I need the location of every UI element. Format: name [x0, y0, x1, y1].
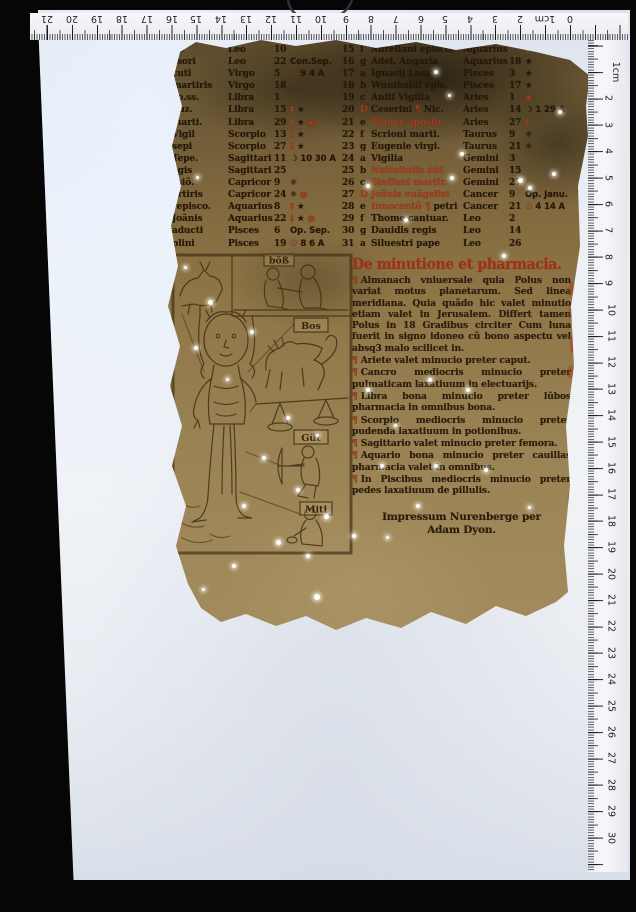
photo-scene: neLeo1015fAureliani episco.Aquarius‡ ★ss…: [0, 0, 636, 912]
calendar-row: marti.Libra29‡ ★ ◉21eThome aposto.Aries2…: [172, 117, 574, 129]
right-ruler-number: 18: [606, 515, 617, 527]
top-ruler-number: 20: [66, 13, 78, 24]
goat-figure: [180, 262, 222, 316]
right-ruler-number: 13: [606, 383, 617, 395]
paragraph: ¶Almanach vniuersale quia Polus non vari…: [352, 275, 571, 354]
damage-spot: [528, 506, 531, 509]
calendar-row: co.ss.Libra119cAniti VigiliaAries1◉: [172, 92, 574, 104]
right-ruler-number: 16: [606, 462, 617, 474]
right-ruler-number: 15: [606, 436, 617, 448]
calendar-row: artirisCapricor24✳ ◉27DJoãnis euãgelistC…: [172, 189, 574, 201]
damage-spot: [196, 176, 199, 179]
damage-spot: [316, 434, 319, 437]
damage-spot: [232, 564, 236, 568]
paragraph: ¶Ariete valet minucio preter caput.: [352, 355, 571, 366]
damage-spot: [226, 378, 229, 381]
red-bleed-mark: [568, 366, 573, 378]
right-ruler-number: 7: [603, 227, 614, 233]
right-ruler: 1cm2345678910111213141516171819202122232…: [588, 40, 628, 872]
right-ruler-ticks: [588, 40, 628, 872]
calendar-row: VigilScorpio13‡ ★22fScrioni marti.Taurus…: [172, 129, 574, 141]
right-ruler-number: 19: [606, 541, 617, 553]
right-ruler-number: 11: [606, 330, 617, 342]
calendar-row: cutiVirgo5☉ 9 4 A17aIgnacij LasariPisces…: [172, 68, 574, 80]
top-ruler-number: 11: [290, 13, 302, 24]
paragraph-list: ¶Almanach vniuersale quia Polus non vari…: [352, 275, 571, 497]
damage-spot: [518, 178, 523, 183]
right-ruler-number: 2: [603, 95, 614, 101]
top-ruler-number: 16: [165, 13, 177, 24]
top-ruler-number: 12: [265, 13, 277, 24]
damage-spot: [366, 388, 370, 392]
damage-spot: [528, 186, 532, 190]
right-ruler-number: 26: [606, 726, 617, 738]
damage-spot: [202, 588, 205, 591]
right-ruler-number: 8: [603, 254, 614, 260]
top-ruler-number: 15: [190, 13, 202, 24]
damage-spot: [194, 346, 198, 350]
top-ruler-number: 14: [215, 13, 227, 24]
right-ruler-number: 14: [606, 409, 617, 421]
damage-spot: [314, 594, 320, 600]
calendar-row: sepiScorpio27‡ ★23gEugenie virgi.Taurus2…: [172, 141, 574, 153]
damage-spot: [208, 300, 213, 305]
woodcut-label-gemini: böß: [269, 256, 289, 267]
calendar-row: martirisVirgo1818bWunibaldi epis.Pisces1…: [172, 80, 574, 92]
section-title: De minutione et pharmacia.: [352, 256, 571, 273]
top-ruler-number: 0: [567, 13, 573, 24]
colophon-line-2: Adam Dyon.: [352, 524, 571, 537]
damage-spot: [558, 110, 562, 114]
top-ruler-number: 17: [141, 13, 153, 24]
top-ruler-number: 18: [116, 13, 128, 24]
calendar-table: neLeo1015fAureliani episco.Aquarius‡ ★ss…: [172, 44, 574, 250]
right-ruler-number: 28: [606, 779, 617, 791]
top-ruler: 212019181716151413121110987654321cm0: [30, 13, 628, 40]
right-ruler-number: 12: [606, 356, 617, 368]
calendar-row: aductiPisces6Op. Sep.30gDauidis regisLeo…: [172, 225, 574, 237]
paragraph: ¶Cancro mediocris minucio preter pulmati…: [352, 367, 571, 390]
paragraph: ¶Scorpio mediocris minucio preter pudend…: [352, 415, 571, 438]
top-ruler-number: 7: [393, 13, 399, 24]
scales-figure: [256, 398, 348, 431]
top-ruler-number: 2: [517, 13, 523, 24]
damage-spot: [386, 536, 389, 539]
right-ruler-number: 30: [606, 832, 617, 844]
right-ruler-number: 10: [606, 304, 617, 316]
damage-spot: [404, 218, 408, 222]
damage-spot: [262, 456, 266, 460]
calendar-row: duz.Libra15‡ ★20DCeserini ¶ Nic.Aries14☽…: [172, 104, 574, 116]
damage-spot: [428, 378, 432, 382]
paragraph: ¶Sagittario valet minucio preter femora.: [352, 438, 571, 449]
right-ruler-number: 25: [606, 700, 617, 712]
damage-spot: [394, 424, 397, 427]
right-ruler-number: 3: [603, 122, 614, 128]
damage-spot: [276, 540, 281, 545]
top-ruler-number: 4: [467, 13, 473, 24]
calendar-row: egisSagittari2525bNatiuitatis dñiGemini1…: [172, 165, 574, 177]
top-ruler-number: 6: [417, 13, 423, 24]
damage-spot: [450, 176, 454, 180]
right-ruler-number: 5: [603, 175, 614, 181]
damage-spot: [448, 94, 451, 97]
manuscript-page: neLeo1015fAureliani episco.Aquarius‡ ★ss…: [166, 36, 592, 636]
damage-spot: [434, 464, 438, 468]
damage-spot: [434, 70, 438, 74]
right-ruler-number: 27: [606, 752, 617, 764]
calendar-row: ssoriLeo22Con.Sep.16gAdel. AngariaAquari…: [172, 56, 574, 68]
damage-spot: [366, 184, 370, 188]
damage-spot: [184, 266, 187, 269]
damage-spot: [466, 388, 470, 392]
text-block: De minutione et pharmacia. ¶Almanach vni…: [352, 256, 571, 537]
damage-spot: [250, 330, 254, 334]
damage-spot: [242, 504, 246, 508]
damage-spot: [484, 468, 488, 472]
paragraph: ¶Libra bona minucio preter lũbos pharmac…: [352, 391, 571, 414]
right-ruler-number: 4: [603, 148, 614, 154]
right-ruler-number: 1cm: [610, 62, 621, 83]
top-ruler-number: 21: [41, 13, 53, 24]
damage-spot: [460, 152, 464, 156]
right-ruler-number: 20: [606, 568, 617, 580]
damage-spot: [296, 488, 300, 492]
right-ruler-number: 22: [606, 620, 617, 632]
woodcut-label-leo: Bos: [301, 321, 321, 332]
calendar-row: repisco.Aquarius8‡ ★28eInnocentũ ¶ petri…: [172, 201, 574, 213]
top-ruler-number: 8: [368, 13, 374, 24]
calendar-row: pliniPisces19☉ 8 6 A31aSiluestri papeLeo…: [172, 238, 574, 250]
paragraph: ¶Aquario bona minucio preter cauillas ph…: [352, 450, 571, 473]
damage-spot: [324, 514, 329, 519]
lion-figure: [266, 335, 337, 390]
top-ruler-number: 5: [442, 13, 448, 24]
colophon-line-1: Impressum Nurenberge per: [352, 511, 571, 524]
damage-spot: [380, 464, 384, 468]
damage-spot: [286, 416, 290, 420]
right-ruler-number: 21: [606, 594, 617, 606]
calendar-row: JoãnisAquarius22‡ ★ ◉29fThome cantuar.Le…: [172, 213, 574, 225]
top-ruler-number: 9: [343, 13, 349, 24]
top-ruler-number: 1cm: [535, 13, 556, 24]
right-ruler-number: 24: [606, 673, 617, 685]
top-ruler-number: 13: [240, 13, 252, 24]
calendar-row: Tepe.Sagittari11☽ 10 30 A24aVigiliaGemin…: [172, 153, 574, 165]
right-ruler-number: 9: [603, 280, 614, 286]
right-ruler-number: 29: [606, 805, 617, 817]
right-ruler-number: 17: [606, 488, 617, 500]
paragraph: ¶In Piscibus mediocris minucio preter pe…: [352, 474, 571, 497]
top-ruler-number: 10: [315, 13, 327, 24]
damage-spot: [306, 554, 310, 558]
top-ruler-number: 3: [492, 13, 498, 24]
damage-spot: [416, 504, 420, 508]
zodiac-man-figure: [192, 310, 256, 522]
colophon: Impressum Nurenberge per Adam Dyon.: [352, 511, 571, 537]
damage-spot: [352, 534, 356, 538]
right-ruler-number: 6: [603, 201, 614, 207]
calendar-row: ssiõ.Capricor9✳26cSteffani martir.Gemini…: [172, 177, 574, 189]
gemini-figures: [264, 265, 328, 310]
top-ruler-number: 19: [91, 13, 103, 24]
damage-spot: [552, 172, 556, 176]
right-ruler-number: 23: [606, 647, 617, 659]
damage-spot: [502, 254, 506, 258]
